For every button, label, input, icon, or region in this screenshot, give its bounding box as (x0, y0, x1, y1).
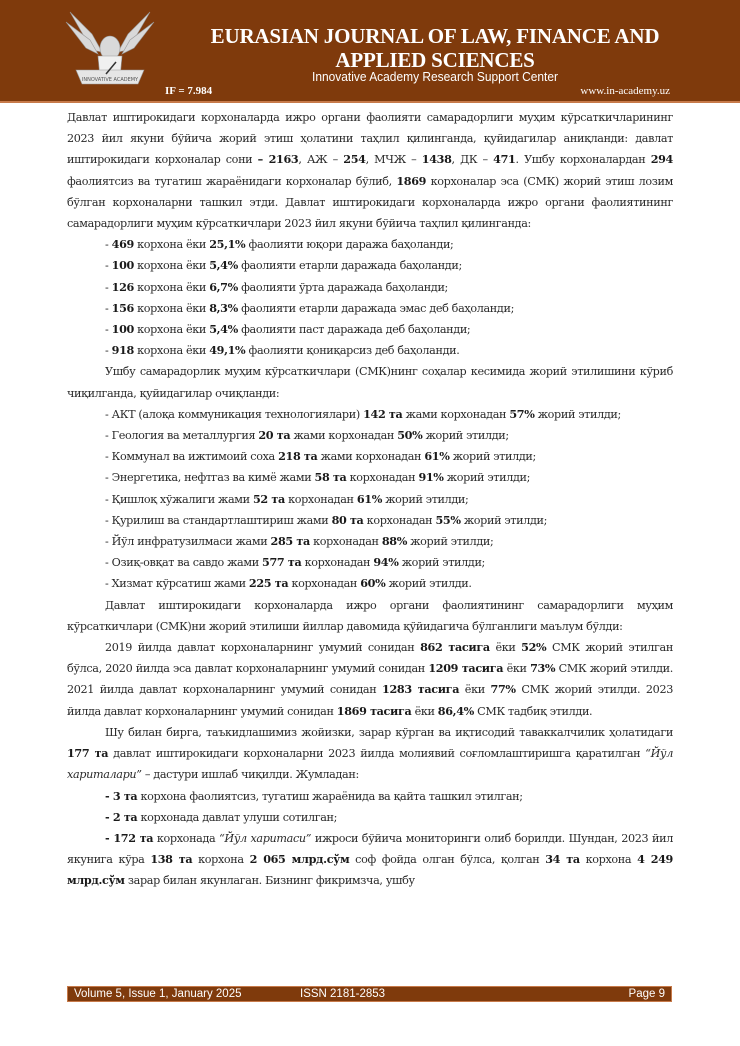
journal-header: INNOVATIVE ACADEMY EURASIAN JOURNAL OF L… (0, 0, 740, 103)
paragraph-years: 2019 йилда давлат корхоналарнинг умумий … (67, 637, 673, 722)
page-number: Page 9 (629, 986, 665, 1002)
svg-text:INNOVATIVE ACADEMY: INNOVATIVE ACADEMY (82, 77, 139, 83)
paragraph-intro: Давлат иштирокидаги корхоналарда ижро ор… (67, 107, 673, 234)
sector-item: - Энергетика, нефтгаз ва кимё жами 58 та… (67, 467, 673, 488)
journal-subtitle: Innovative Academy Research Support Cent… (196, 69, 674, 84)
sector-item: - Қишлоқ хўжалиги жами 52 та корхонадан … (67, 489, 673, 510)
sector-item: - Қурилиш ва стандартлаштириш жами 80 та… (67, 510, 673, 531)
sector-item: - Озиқ-овқат ва савдо жами 577 та корхон… (67, 552, 673, 573)
rating-item: - 156 корхона ёки 8,3% фаолияти етарли д… (67, 298, 673, 319)
sector-item: - Йўл инфратузилмаси жами 285 та корхона… (67, 531, 673, 552)
list-item: - 2 та корхонада давлат улуши сотилган; (67, 807, 673, 828)
rating-item: - 126 корхона ёки 6,7% фаолияти ўрта дар… (67, 277, 673, 298)
list-item: - 3 та корхона фаолиятсиз, тугатиш жараё… (67, 786, 673, 807)
paragraph-years-intro: Давлат иштирокидаги корхоналарда ижро ор… (67, 595, 673, 637)
impact-factor: IF = 7.984 (165, 85, 212, 97)
issn-info: ISSN 2181-2853 (300, 986, 385, 1002)
rating-item: - 918 корхона ёки 49,1% фаолияти қониқар… (67, 340, 673, 361)
sectors-list: - АКТ (алоқа коммуникация технологиялари… (67, 404, 673, 595)
paragraph-sectors-intro: Ушбу самарадорлик муҳим кўрсаткичлари (С… (67, 361, 673, 403)
eagle-emblem-icon: INNOVATIVE ACADEMY (62, 4, 158, 98)
sector-item: - АКТ (алоқа коммуникация технологиялари… (67, 404, 673, 425)
rating-item: - 100 корхона ёки 5,4% фаолияти паст дар… (67, 319, 673, 340)
sector-item: - Хизмат кўрсатиш жами 225 та корхонадан… (67, 573, 673, 594)
journal-footer: Volume 5, Issue 1, January 2025 ISSN 218… (67, 986, 672, 1002)
sector-item: - Геология ва металлургия 20 та жами кор… (67, 425, 673, 446)
rating-item: - 469 корхона ёки 25,1% фаолияти юқори д… (67, 234, 673, 255)
rating-item: - 100 корхона ёки 5,4% фаолияти етарли д… (67, 255, 673, 276)
article-body: Давлат иштирокидаги корхоналарда ижро ор… (67, 107, 673, 892)
ratings-list: - 469 корхона ёки 25,1% фаолияти юқори д… (67, 234, 673, 361)
journal-title-line1: EURASIAN JOURNAL OF LAW, FINANCE AND (175, 24, 695, 48)
journal-title: EURASIAN JOURNAL OF LAW, FINANCE AND APP… (175, 24, 695, 72)
volume-info: Volume 5, Issue 1, January 2025 (74, 986, 242, 1002)
sector-item: - Коммунал ва ижтимоий соха 218 та жами … (67, 446, 673, 467)
website-link[interactable]: www.in-academy.uz (580, 85, 670, 97)
paragraph-monitoring: - 172 та корхонада “Йўл харитаси” ижроси… (67, 828, 673, 892)
paragraph-roadmaps: Шу билан бирга, таъкидлашимиз жойизки, з… (67, 722, 673, 786)
